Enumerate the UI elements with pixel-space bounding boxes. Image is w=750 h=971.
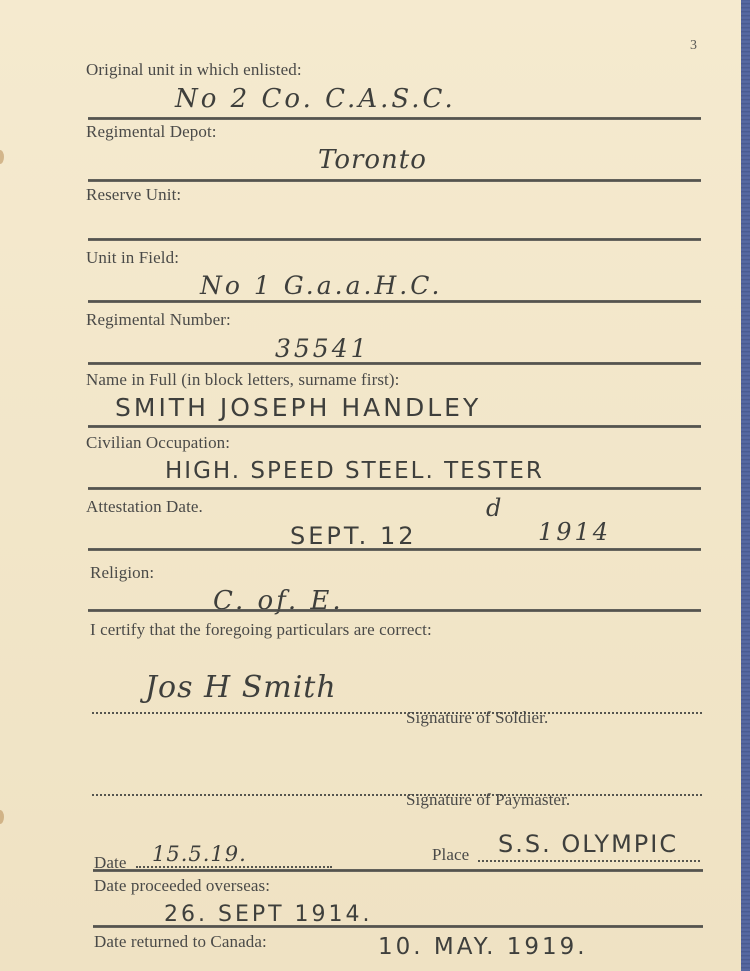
field-rule: [88, 362, 701, 365]
field-rule: [88, 300, 701, 303]
paymaster-signature-label: Signature of Paymaster.: [406, 790, 570, 810]
reserve-unit-label: Reserve Unit:: [86, 185, 181, 205]
field-rule: [93, 869, 703, 872]
unit-in-field-label: Unit in Field:: [86, 248, 179, 268]
date-returned-to-canada-value: 10. MAY. 1919.: [378, 934, 588, 960]
attestation-date-suffix: d: [486, 494, 504, 522]
field-rule: [93, 925, 703, 928]
religion-label: Religion:: [90, 563, 154, 583]
regimental-depot-value: Toronto: [318, 145, 427, 175]
field-rule: [88, 117, 701, 120]
place-value: S.S. OLYMPIC: [498, 830, 678, 858]
attestation-date-year: 1914: [538, 518, 611, 546]
original-unit-value: No 2 Co. C.A.S.C.: [175, 84, 456, 114]
name-in-full-label: Name in Full (in block letters, surname …: [86, 370, 399, 390]
book-binding-edge: [741, 0, 750, 971]
soldier-signature: Jos H Smith: [145, 670, 337, 705]
unit-in-field-value: No 1 G.a.a.H.C.: [200, 271, 442, 300]
paper-stain: [0, 150, 4, 164]
page-number: 3: [690, 38, 697, 54]
paper-stain: [0, 810, 4, 824]
field-rule: [88, 238, 701, 241]
document-page: 3 Original unit in which enlisted: No 2 …: [0, 0, 741, 971]
original-unit-label: Original unit in which enlisted:: [86, 60, 302, 80]
field-rule: [88, 609, 701, 612]
paymaster-dotted-line: [92, 794, 702, 796]
regimental-number-label: Regimental Number:: [86, 310, 231, 330]
date-dotted-line: [136, 866, 332, 868]
date-proceeded-overseas-label: Date proceeded overseas:: [94, 876, 270, 896]
date-value: 15.5.19.: [152, 842, 247, 866]
field-rule: [88, 179, 701, 182]
attestation-date-value: SEPT. 12: [290, 522, 416, 550]
place-label: Place: [432, 845, 469, 865]
certification-text: I certify that the foregoing particulars…: [90, 620, 432, 640]
attestation-date-label: Attestation Date.: [86, 497, 203, 517]
signature-dotted-line: [92, 712, 702, 714]
civilian-occupation-value: HIGH. SPEED STEEL. TESTER: [165, 458, 544, 484]
regimental-number-value: 35541: [275, 334, 370, 363]
place-dotted-line: [478, 860, 700, 862]
soldier-signature-label: Signature of Soldier.: [406, 708, 548, 728]
field-rule: [88, 487, 701, 490]
date-returned-to-canada-label: Date returned to Canada:: [94, 932, 267, 952]
regimental-depot-label: Regimental Depot:: [86, 122, 217, 142]
field-rule: [88, 548, 701, 551]
civilian-occupation-label: Civilian Occupation:: [86, 433, 230, 453]
name-in-full-value: SMITH JOSEPH HANDLEY: [115, 393, 481, 422]
date-proceeded-overseas-value: 26. SEPT 1914.: [164, 902, 373, 927]
field-rule: [88, 425, 701, 428]
